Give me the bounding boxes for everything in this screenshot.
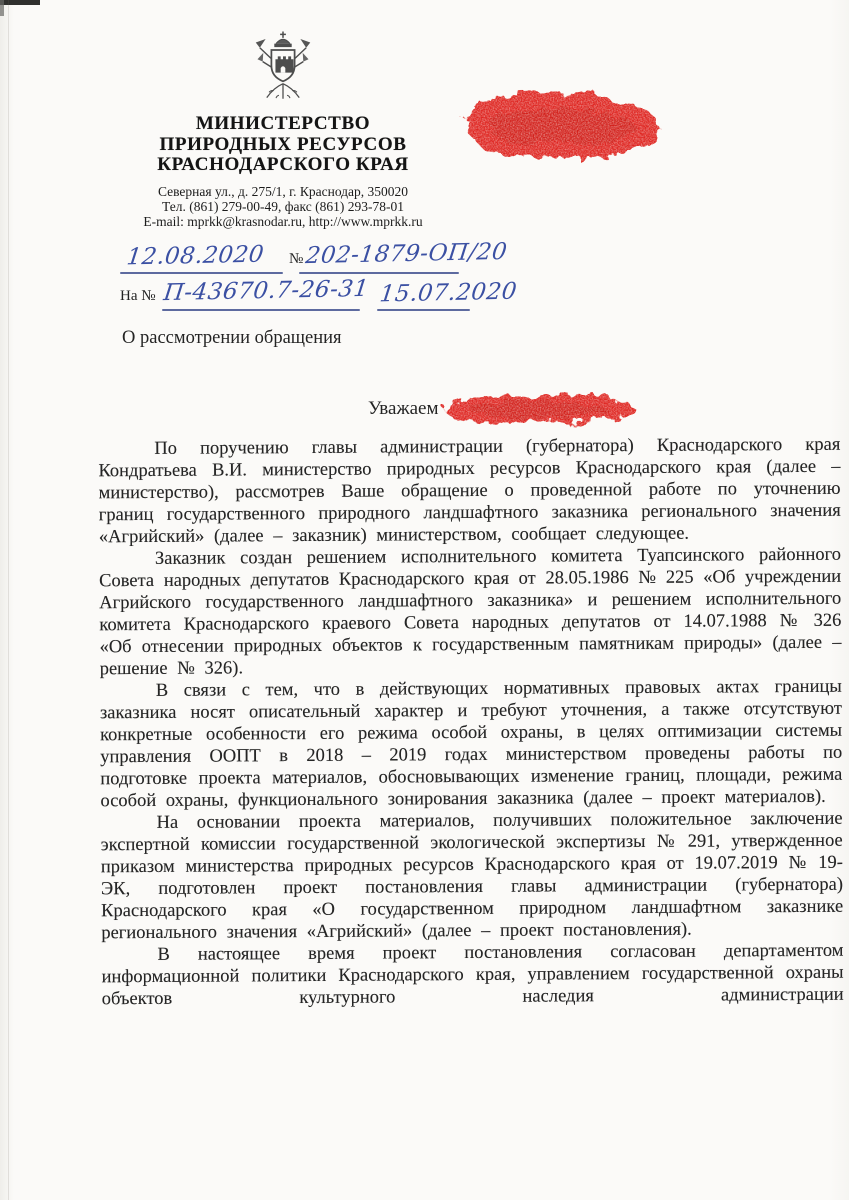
scan-artifact-top-edge <box>0 0 40 5</box>
ministry-name-line-2: ПРИРОДНЫХ РЕСУРСОВ <box>100 135 466 156</box>
scan-artifact-left-edge <box>0 0 4 16</box>
ministry-name-line-3: КРАСНОДАРСКОГО КРАЯ <box>100 155 466 176</box>
redaction-mark-name <box>439 386 645 428</box>
scan-artifact-edge-line <box>8 0 9 1200</box>
salutation: Уважаем <box>368 390 645 428</box>
body-paragraph-2: Заказник создан решением исполнительного… <box>99 544 842 681</box>
ink-underline <box>120 272 283 274</box>
body-paragraph-4: На основании проекта материалов, получив… <box>101 808 844 945</box>
body-paragraph-1: По поручению главы администрации (губерн… <box>98 434 841 549</box>
letter-body: По поручению главы администрации (губерн… <box>98 434 843 1011</box>
body-paragraph-3: В связи с тем, что в действующих нормати… <box>100 676 843 813</box>
number-sign-label: № <box>289 251 303 268</box>
reference-block: 12.08.2020 № 202-1879-ОП/20 На № П-43670… <box>100 242 520 322</box>
incoming-date-handwritten: 15.07.2020 <box>378 279 518 308</box>
ink-underline <box>162 309 360 311</box>
incoming-number-handwritten: П-43670.7-26-31 <box>162 276 370 306</box>
scanned-letter-page: МИНИСТЕРСТВО ПРИРОДНЫХ РЕСУРСОВ КРАСНОДА… <box>0 0 849 1200</box>
body-paragraph-5: В настоящее время проект постановления с… <box>101 940 843 1011</box>
subject-line: О рассмотрении обращения <box>122 328 342 349</box>
ink-underline <box>377 309 470 311</box>
address-line: Северная ул., д. 275/1, г. Краснодар, 35… <box>100 184 466 199</box>
ministry-name: МИНИСТЕРСТВО ПРИРОДНЫХ РЕСУРСОВ КРАСНОДА… <box>100 114 466 176</box>
contact-block: Северная ул., д. 275/1, г. Краснодар, 35… <box>100 184 466 229</box>
ministry-name-line-1: МИНИСТЕРСТВО <box>100 114 466 135</box>
letterhead: МИНИСТЕРСТВО ПРИРОДНЫХ РЕСУРСОВ КРАСНОДА… <box>100 30 466 229</box>
phone-line: Тел. (861) 279-00-49, факс (861) 293-78-… <box>100 199 466 214</box>
outgoing-date-handwritten: 12.08.2020 <box>125 242 265 271</box>
krasnodar-krai-coat-of-arms-icon <box>254 30 312 106</box>
ink-underline <box>299 272 459 274</box>
incoming-number-label: На № <box>120 288 156 305</box>
outgoing-number-handwritten: 202-1879-ОП/20 <box>304 239 509 269</box>
email-line: E-mail: mprkk@krasnodar.ru, http://www.m… <box>100 214 466 229</box>
salutation-prefix: Уважаем <box>368 398 438 420</box>
redaction-mark-addressee <box>452 76 680 178</box>
